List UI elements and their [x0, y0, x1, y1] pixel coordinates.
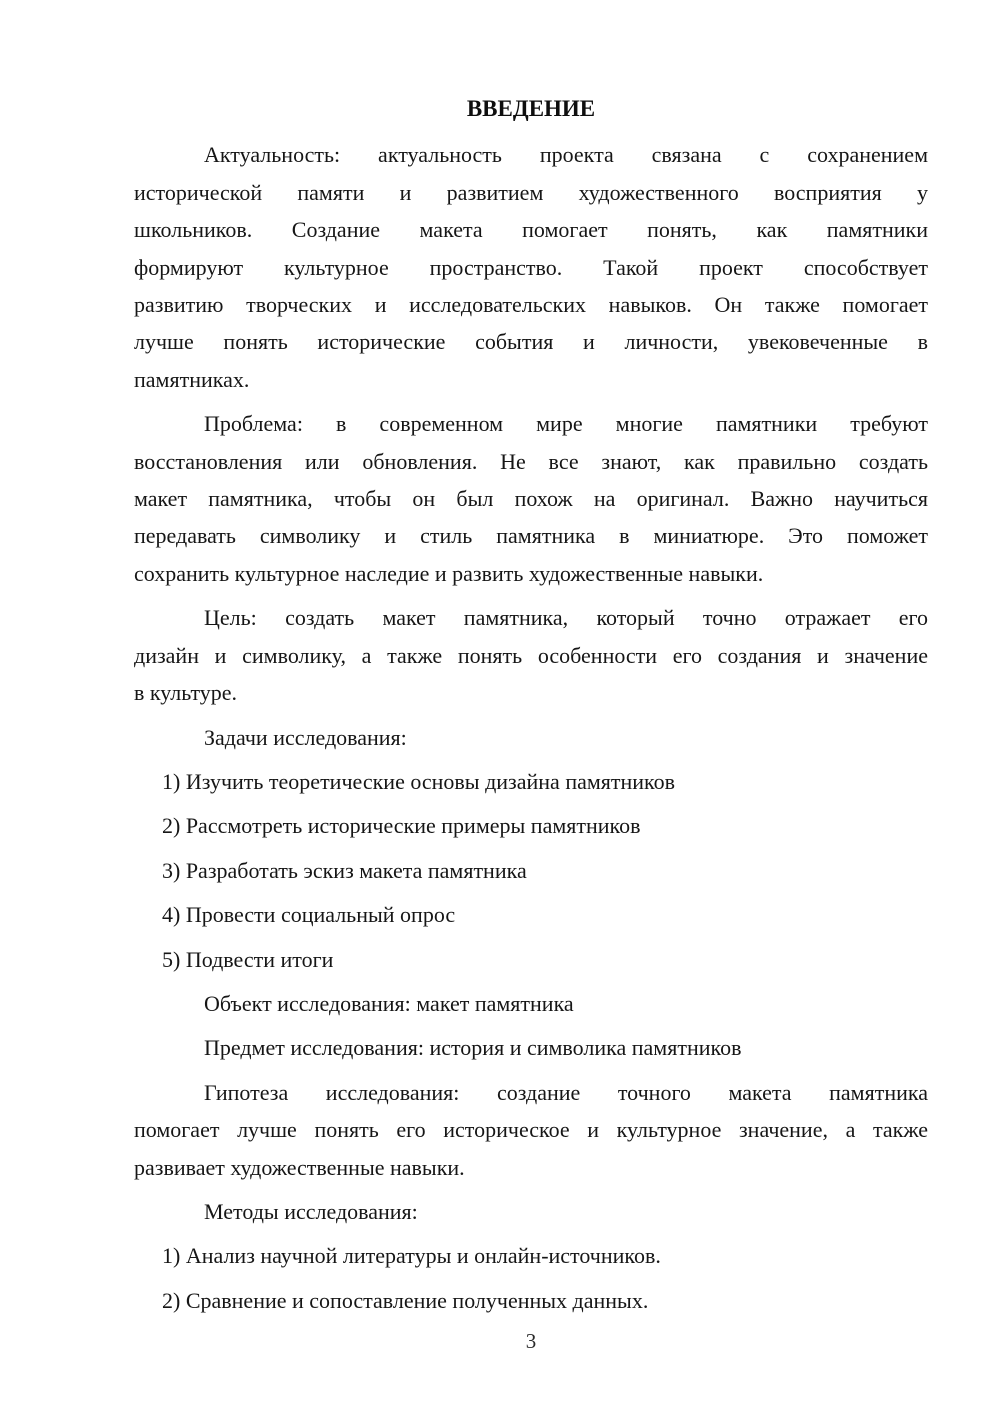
- paragraph: Задачи исследования:: [134, 719, 928, 756]
- text-line: 4) Провести социальный опрос: [162, 896, 928, 933]
- list-item: 5) Подвести итоги: [162, 941, 928, 978]
- text-line: 2) Рассмотреть исторические примеры памя…: [162, 807, 928, 844]
- text-line: исторической памяти и развитием художест…: [134, 174, 928, 211]
- text-line: макет памятника, чтобы он был похож на о…: [134, 480, 928, 517]
- paragraph: Актуальность: актуальность проекта связа…: [134, 136, 928, 398]
- page-number: 3: [134, 1328, 928, 1354]
- paragraph: Гипотеза исследования: создание точного …: [134, 1074, 928, 1186]
- text-line: Цель: создать макет памятника, который т…: [134, 599, 928, 636]
- paragraph: Методы исследования:: [134, 1193, 928, 1230]
- text-line: сохранить культурное наследие и развить …: [134, 555, 928, 592]
- text-line: Задачи исследования:: [134, 719, 928, 756]
- text-line: 5) Подвести итоги: [162, 941, 928, 978]
- text-line: школьников. Создание макета помогает пон…: [134, 211, 928, 248]
- list-item: 2) Рассмотреть исторические примеры памя…: [162, 807, 928, 844]
- text-line: Гипотеза исследования: создание точного …: [134, 1074, 928, 1111]
- list-item: 1) Анализ научной литературы и онлайн-ис…: [162, 1237, 928, 1274]
- text-line: развивает художественные навыки.: [134, 1149, 928, 1186]
- text-line: Методы исследования:: [134, 1193, 928, 1230]
- text-line: дизайн и символику, а также понять особе…: [134, 637, 928, 674]
- text-line: развитию творческих и исследовательских …: [134, 286, 928, 323]
- document-body: ВВЕДЕНИЕ Актуальность: актуальность прое…: [134, 90, 928, 1326]
- list-item: 4) Провести социальный опрос: [162, 896, 928, 933]
- paragraph: Объект исследования: макет памятника: [134, 985, 928, 1022]
- list-item: 1) Изучить теоретические основы дизайна …: [162, 763, 928, 800]
- text-line: 2) Сравнение и сопоставление полученных …: [162, 1282, 928, 1319]
- text-line: лучше понять исторические события и личн…: [134, 323, 928, 360]
- paragraph: Предмет исследования: история и символик…: [134, 1029, 928, 1066]
- text-line: Проблема: в современном мире многие памя…: [134, 405, 928, 442]
- text-line: Актуальность: актуальность проекта связа…: [134, 136, 928, 173]
- text-line: Предмет исследования: история и символик…: [134, 1029, 928, 1066]
- text-line: помогает лучше понять его историческое и…: [134, 1111, 928, 1148]
- text-line: памятниках.: [134, 361, 928, 398]
- text-line: 1) Изучить теоретические основы дизайна …: [162, 763, 928, 800]
- text-line: формируют культурное пространство. Такой…: [134, 249, 928, 286]
- text-line: 1) Анализ научной литературы и онлайн-ис…: [162, 1237, 928, 1274]
- text-line: Объект исследования: макет памятника: [134, 985, 928, 1022]
- page-title: ВВЕДЕНИЕ: [134, 90, 928, 127]
- text-line: в культуре.: [134, 674, 928, 711]
- text-line: восстановления или обновления. Не все зн…: [134, 443, 928, 480]
- paragraph: Проблема: в современном мире многие памя…: [134, 405, 928, 592]
- list-item: 2) Сравнение и сопоставление полученных …: [162, 1282, 928, 1319]
- list-item: 3) Разработать эскиз макета памятника: [162, 852, 928, 889]
- document-page: ВВЕДЕНИЕ Актуальность: актуальность прое…: [0, 0, 1000, 1414]
- text-line: 3) Разработать эскиз макета памятника: [162, 852, 928, 889]
- paragraph: Цель: создать макет памятника, который т…: [134, 599, 928, 711]
- text-line: передавать символику и стиль памятника в…: [134, 517, 928, 554]
